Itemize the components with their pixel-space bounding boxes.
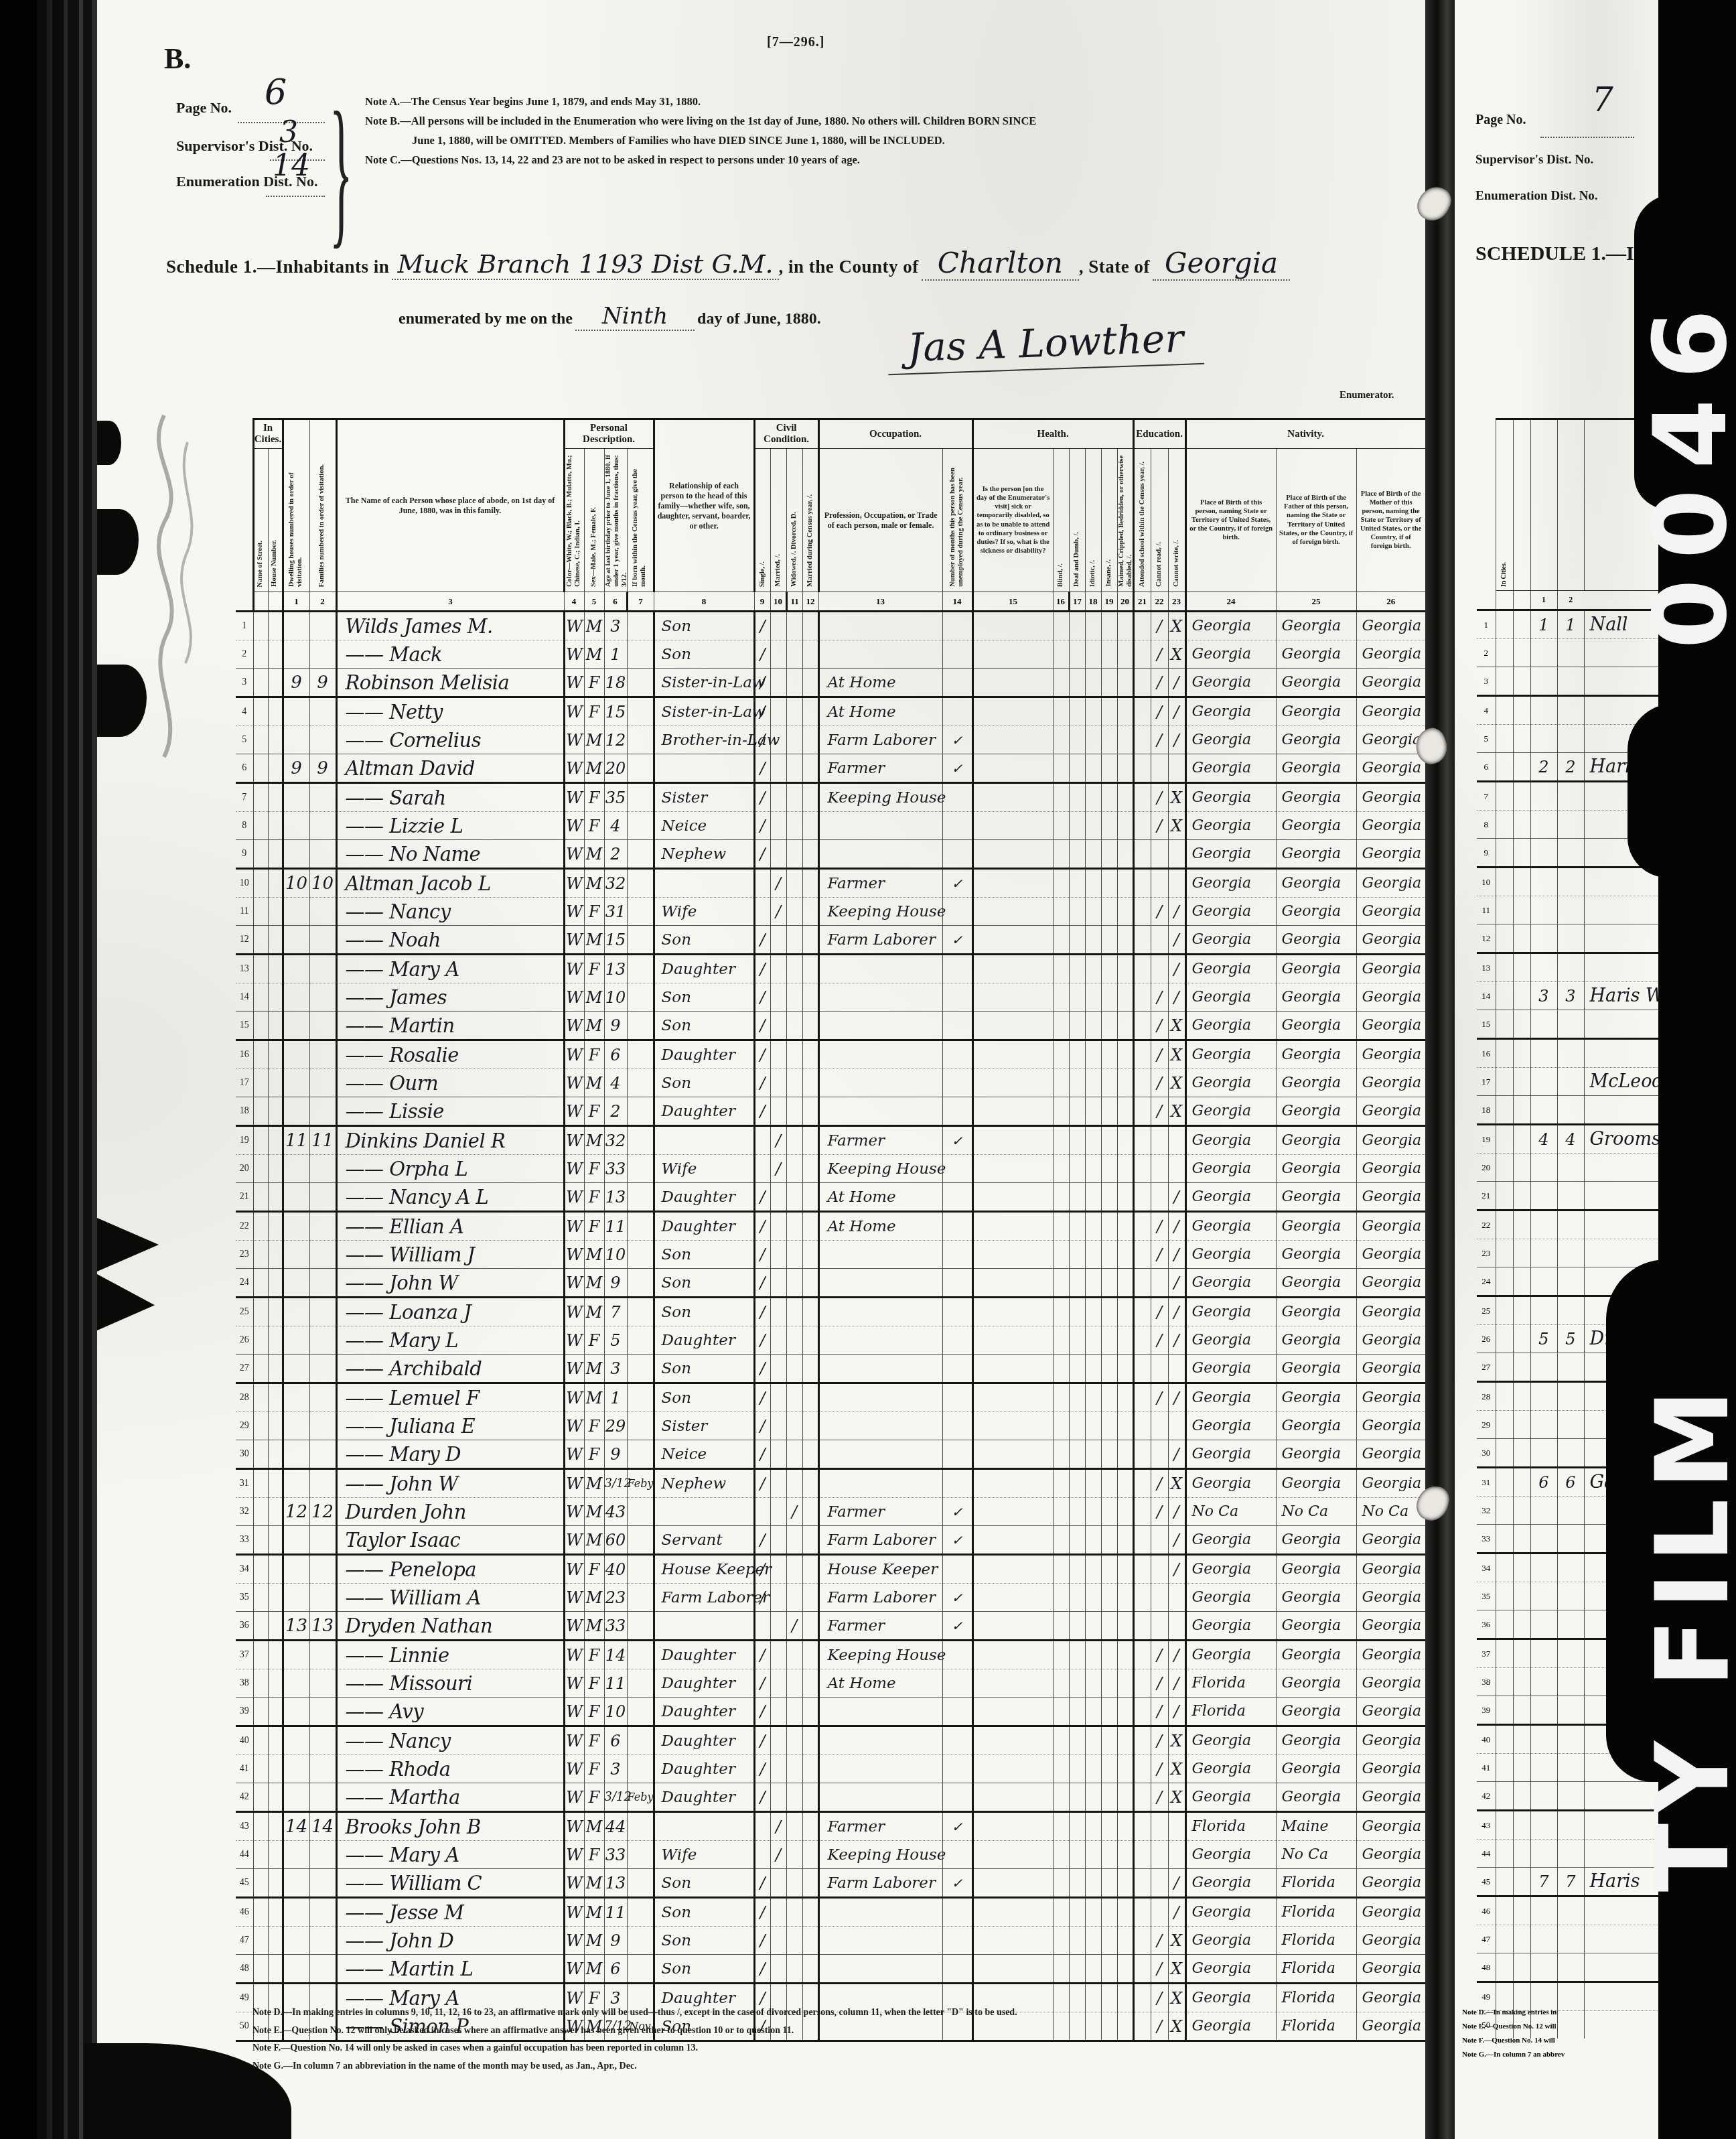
cell-m10: [770, 612, 786, 640]
cell-in19: [1101, 726, 1117, 754]
cell-pob: Georgia: [1185, 869, 1276, 898]
cell-mm20: [1117, 1383, 1133, 1412]
cell-name: —— William J: [336, 1241, 564, 1269]
cell-c: W: [564, 1326, 584, 1355]
rp-footnotes: Note D.—In making entries in Note E.—Que…: [1462, 2006, 1565, 2062]
rp-cell: [1496, 667, 1513, 696]
rp-row: 3: [1477, 667, 1658, 696]
col22-header: Cannot read, /.: [1151, 449, 1168, 592]
cell-mon: [627, 640, 654, 669]
cell-w11: [786, 754, 802, 783]
cell-sick: [972, 840, 1053, 869]
cell-dw: [283, 1726, 309, 1755]
rp-cell: [1513, 1925, 1530, 1953]
cell-w23: /: [1168, 1669, 1185, 1698]
cell-rel: Farm Laborer: [654, 1584, 754, 1612]
cell-fm: [309, 1412, 336, 1440]
state-value: Georgia: [1153, 247, 1290, 281]
cell-i18: [1085, 697, 1101, 726]
cell-i18: [1085, 1812, 1101, 1841]
column-number: 21: [1133, 592, 1151, 612]
cell-w11: [786, 1212, 802, 1241]
cell-m10: [770, 1783, 786, 1812]
cell-s9: /: [754, 1755, 770, 1783]
cell-mm20: [1117, 1812, 1133, 1841]
cell-b16: [1053, 812, 1069, 840]
cell-r22: [1151, 840, 1168, 869]
cell-u14: ✓: [942, 1126, 972, 1155]
cell-rel: Son: [654, 640, 754, 669]
cell-r22: [1151, 926, 1168, 955]
cell-sick: [972, 726, 1053, 754]
cell-sick: [972, 1183, 1053, 1212]
cell-sick: [972, 1869, 1053, 1898]
cell-u14: [942, 1898, 972, 1927]
census-row: 20—— Orpha LWF33Wife/Keeping HouseGeorgi…: [236, 1155, 1426, 1183]
rp-cell: [1496, 982, 1513, 1010]
cell-i18: [1085, 1412, 1101, 1440]
column-number: 11: [786, 592, 802, 612]
rp-cell: [1513, 1896, 1530, 1925]
cell-y12: [802, 840, 818, 869]
film-edge-text: TY FILM: [1635, 1267, 1736, 2004]
cell-dw: [283, 1440, 309, 1469]
cell-st: [253, 1498, 268, 1526]
cell-dw: [283, 955, 309, 983]
cell-i18: [1085, 1326, 1101, 1355]
cell-u14: ✓: [942, 1612, 972, 1641]
cell-u14: [942, 640, 972, 669]
cell-name: —— Archibald: [336, 1355, 564, 1383]
cell-mon: [627, 926, 654, 955]
cell-fa: Georgia: [1276, 783, 1356, 812]
cell-mo: Georgia: [1356, 1069, 1426, 1097]
cell-w23: /: [1168, 955, 1185, 983]
cell-name: Robinson Melisia: [336, 669, 564, 697]
cell-i18: [1085, 1955, 1101, 1984]
cell-s9: /: [754, 1526, 770, 1555]
cell-occ: At Home: [818, 1183, 942, 1212]
cell-d17: [1069, 1584, 1085, 1612]
rp-cell: [1513, 1668, 1530, 1696]
cell-fm: 12: [309, 1498, 336, 1526]
cell-sx: F: [584, 697, 604, 726]
cell-mo: Georgia: [1356, 1898, 1426, 1927]
census-row: 4—— NettyWF15Sister-in-Law/At Home//Geor…: [236, 697, 1426, 726]
cell-dw: [283, 1783, 309, 1812]
cell-i18: [1085, 1726, 1101, 1755]
cell-mo: Georgia: [1356, 983, 1426, 1012]
cell-mo: Georgia: [1356, 1155, 1426, 1183]
rp-cell: [1496, 811, 1513, 839]
cell-mm20: [1117, 926, 1133, 955]
note-d: Note D.—In making entries in columns 9, …: [252, 2004, 1458, 2022]
cell-dw: [283, 1383, 309, 1412]
cell-m10: [770, 1040, 786, 1069]
cell-a: 3/12: [604, 1469, 627, 1498]
cell-r22: [1151, 1155, 1168, 1183]
cell-u14: [942, 1698, 972, 1726]
rp-cell: [1513, 1725, 1530, 1754]
cell-hn: [268, 1869, 283, 1898]
cell-sick: [972, 612, 1053, 640]
column-number: 25: [1276, 592, 1356, 612]
cell-in19: [1101, 869, 1117, 898]
rp-cell: [1496, 868, 1513, 896]
cell-sch21: [1133, 1183, 1151, 1212]
rp-cell: [1513, 1296, 1530, 1325]
cell-sch21: [1133, 1526, 1151, 1555]
cell-i18: [1085, 1841, 1101, 1869]
rp-cell: [1496, 1325, 1513, 1353]
cell-st: [253, 1469, 268, 1498]
cell-c: W: [564, 1155, 584, 1183]
cell-mo: Georgia: [1356, 1526, 1426, 1555]
cell-sick: [972, 898, 1053, 926]
cell-d17: [1069, 726, 1085, 754]
census-row: 47—— John DWM9Son//XGeorgiaFloridaGeorgi…: [236, 1927, 1426, 1955]
cell-rel: Neice: [654, 812, 754, 840]
cell-w23: /: [1168, 1641, 1185, 1669]
cell-s9: /: [754, 1212, 770, 1241]
col20-header: Maimed, Crippled, Bedridden, or otherwis…: [1117, 449, 1133, 592]
cell-w11: [786, 1955, 802, 1984]
cell-sick: [972, 1612, 1053, 1641]
line-number: 37: [236, 1641, 253, 1669]
rp-cell: 23: [1477, 1239, 1496, 1267]
cell-sx: F: [584, 1755, 604, 1783]
cell-u14: [942, 1155, 972, 1183]
note-g: Note G.—In column 7 an abbreviation in t…: [252, 2058, 1458, 2076]
cell-occ: Farm Laborer: [818, 1869, 942, 1898]
cell-sx: M: [584, 640, 604, 669]
cell-st: [253, 669, 268, 697]
cell-name: —— Mary A: [336, 955, 564, 983]
rp-cell: 32: [1477, 1497, 1496, 1525]
cell-hn: [268, 898, 283, 926]
cell-i18: [1085, 1698, 1101, 1726]
line-number: 28: [236, 1383, 253, 1412]
rp-cell: [1530, 1896, 1557, 1925]
cell-s9: /: [754, 1412, 770, 1440]
rp-cell: 17: [1477, 1068, 1496, 1096]
cell-fm: [309, 926, 336, 955]
cell-sick: [972, 1669, 1053, 1698]
cell-w23: X: [1168, 1783, 1185, 1812]
cell-d17: [1069, 1955, 1085, 1984]
rp-cell: [1557, 1754, 1584, 1782]
rp-cell: [1496, 924, 1513, 953]
cell-hn: [268, 1498, 283, 1526]
cell-y12: [802, 1726, 818, 1755]
cell-m10: [770, 1241, 786, 1269]
cell-sch21: [1133, 726, 1151, 754]
cell-u14: [942, 812, 972, 840]
cell-b16: [1053, 1641, 1069, 1669]
column-number: 18: [1085, 592, 1101, 612]
cell-pob: Georgia: [1185, 1641, 1276, 1669]
cell-in19: [1101, 1440, 1117, 1469]
cell-hn: [268, 612, 283, 640]
cell-fm: 11: [309, 1126, 336, 1155]
line-number: 34: [236, 1555, 253, 1584]
film-frame-code: 0046: [1633, 167, 1736, 770]
cell-fm: [309, 1155, 336, 1183]
cell-b16: [1053, 926, 1069, 955]
rp-row: 43: [1477, 1811, 1658, 1840]
cell-fa: Georgia: [1276, 612, 1356, 640]
cell-fa: Georgia: [1276, 1269, 1356, 1298]
cell-sick: [972, 1097, 1053, 1126]
cell-w23: /: [1168, 1869, 1185, 1898]
cell-hn: [268, 1955, 283, 1984]
cell-a: 43: [604, 1498, 627, 1526]
cell-s9: /: [754, 926, 770, 955]
cell-mo: Georgia: [1356, 1241, 1426, 1269]
cell-a: 40: [604, 1555, 627, 1584]
cell-st: [253, 926, 268, 955]
cell-m10: /: [770, 869, 786, 898]
cell-c: W: [564, 1097, 584, 1126]
cell-dw: 10: [283, 869, 309, 898]
cell-occ: Farmer: [818, 1812, 942, 1841]
cell-i18: [1085, 1097, 1101, 1126]
cell-b16: [1053, 1069, 1069, 1097]
census-row: 29—— Juliana EWF29Sister/GeorgiaGeorgiaG…: [236, 1412, 1426, 1440]
line-number: 43: [236, 1812, 253, 1841]
cell-r22: [1151, 1440, 1168, 1469]
cell-dw: [283, 1584, 309, 1612]
cell-sx: M: [584, 1898, 604, 1927]
cell-a: 31: [604, 898, 627, 926]
rp-cell: [1496, 1925, 1513, 1953]
cell-sx: F: [584, 1440, 604, 1469]
rp-cell: [1513, 1439, 1530, 1468]
cell-sch21: [1133, 1812, 1151, 1841]
cell-fa: Georgia: [1276, 840, 1356, 869]
cell-sick: [972, 1555, 1053, 1584]
cell-y12: [802, 1898, 818, 1927]
cell-y12: [802, 669, 818, 697]
cell-rel: Daughter: [654, 1669, 754, 1698]
cell-in19: [1101, 1355, 1117, 1383]
rp-cell: [1513, 1010, 1530, 1039]
cell-hn: [268, 983, 283, 1012]
cell-dw: [283, 1183, 309, 1212]
cell-mm20: [1117, 812, 1133, 840]
cell-mm20: [1117, 898, 1133, 926]
column-number-row: 1234567891011121314151617181920212223242…: [236, 592, 1426, 612]
rp-row: 17McLeod: [1477, 1068, 1658, 1096]
cell-fa: Georgia: [1276, 1069, 1356, 1097]
cell-fa: Georgia: [1276, 812, 1356, 840]
cell-rel: [654, 1612, 754, 1641]
rp-cell: 33: [1477, 1525, 1496, 1554]
cell-st: [253, 640, 268, 669]
enumerated-day: Ninth: [575, 303, 695, 331]
cell-sx: F: [584, 1698, 604, 1726]
cell-fa: Georgia: [1276, 1355, 1356, 1383]
cell-b16: [1053, 1383, 1069, 1412]
rp-cell: 22: [1477, 1211, 1496, 1239]
cell-st: [253, 1812, 268, 1841]
cell-hn: [268, 1212, 283, 1241]
cell-w11: [786, 669, 802, 697]
rp-cell: [1530, 1525, 1557, 1554]
group-health: Health.: [972, 419, 1133, 449]
rp-cell: [1530, 811, 1557, 839]
enumeration-line: [266, 196, 325, 197]
cell-c: W: [564, 812, 584, 840]
cell-pob: Georgia: [1185, 1783, 1276, 1812]
cell-fm: [309, 1040, 336, 1069]
cell-w11: /: [786, 1498, 802, 1526]
cell-sch21: [1133, 1097, 1151, 1126]
rp-schedule-title: SCHEDULE 1.—Inhab: [1475, 243, 1658, 265]
cell-sch21: [1133, 983, 1151, 1012]
cell-sick: [972, 1812, 1053, 1841]
cell-mm20: [1117, 1783, 1133, 1812]
cell-pob: Georgia: [1185, 1440, 1276, 1469]
cell-fa: Georgia: [1276, 1526, 1356, 1555]
cell-dw: [283, 1469, 309, 1498]
cell-rel: Son: [654, 1898, 754, 1927]
cell-d17: [1069, 640, 1085, 669]
cell-mo: Georgia: [1356, 1812, 1426, 1841]
cell-hn: [268, 726, 283, 754]
rp-cell: [1557, 1925, 1584, 1953]
place-value: Muck Branch 1193 Dist G.M.: [392, 249, 778, 280]
cell-u14: [942, 612, 972, 640]
rp-cell: [1513, 1353, 1530, 1382]
cell-mo: Georgia: [1356, 783, 1426, 812]
col17-header: Deaf and Dumb, /.: [1069, 449, 1085, 592]
cell-d17: [1069, 1355, 1085, 1383]
cell-mm20: [1117, 1927, 1133, 1955]
cell-fa: Georgia: [1276, 1469, 1356, 1498]
cell-sick: [972, 1326, 1053, 1355]
cell-w23: /: [1168, 1383, 1185, 1412]
cell-sx: M: [584, 1955, 604, 1984]
cell-b16: [1053, 1298, 1069, 1326]
rp-cell: [1530, 839, 1557, 868]
cell-r22: /: [1151, 898, 1168, 926]
cell-w23: /: [1168, 1440, 1185, 1469]
cell-mon: [627, 840, 654, 869]
cell-pob: Georgia: [1185, 783, 1276, 812]
cell-w11: [786, 1469, 802, 1498]
cell-dw: [283, 1526, 309, 1555]
census-row: 46—— Jesse MWM11Son//GeorgiaFloridaGeorg…: [236, 1898, 1426, 1927]
cell-w23: [1168, 1126, 1185, 1155]
cell-m10: [770, 1183, 786, 1212]
cell-fa: Georgia: [1276, 669, 1356, 697]
cell-st: [253, 1698, 268, 1726]
cell-d17: [1069, 1526, 1085, 1555]
cell-dw: [283, 1412, 309, 1440]
cell-in19: [1101, 1326, 1117, 1355]
cell-w23: X: [1168, 640, 1185, 669]
rp-cell: [1496, 1811, 1513, 1840]
cell-sick: [972, 1841, 1053, 1869]
rp-cell: [1584, 1182, 1658, 1211]
cell-s9: /: [754, 1669, 770, 1698]
cell-sick: [972, 1298, 1053, 1326]
cell-r22: [1151, 1898, 1168, 1927]
rp-row: 48: [1477, 1953, 1658, 1982]
cell-fa: Georgia: [1276, 1669, 1356, 1698]
cell-in19: [1101, 1469, 1117, 1498]
cell-mm20: [1117, 1841, 1133, 1869]
cell-mm20: [1117, 697, 1133, 726]
cell-hn: [268, 869, 283, 898]
cell-in19: [1101, 1126, 1117, 1155]
cell-fm: 14: [309, 1812, 336, 1841]
cell-sch21: [1133, 1040, 1151, 1069]
census-row: 33Taylor IsaacWM60Servant/Farm Laborer✓/…: [236, 1526, 1426, 1555]
cell-m10: [770, 640, 786, 669]
rp-cell: [1530, 868, 1557, 896]
cell-u14: [942, 1326, 972, 1355]
cell-mo: Georgia: [1356, 754, 1426, 783]
col9-header: Single, /.: [754, 449, 770, 592]
cell-name: —— Mary A: [336, 1841, 564, 1869]
cell-r22: /: [1151, 640, 1168, 669]
column-number: 8: [654, 592, 754, 612]
rp-cell: 4: [1557, 1125, 1584, 1154]
cell-w23: /: [1168, 1698, 1185, 1726]
rp-row: 47: [1477, 1925, 1658, 1953]
cell-occ: [818, 1783, 942, 1812]
rp-row: 1433Haris Will: [1477, 982, 1658, 1010]
cell-c: W: [564, 726, 584, 754]
cell-b16: [1053, 1869, 1069, 1898]
cell-rel: Brother-in-Law: [654, 726, 754, 754]
cell-r22: [1151, 1269, 1168, 1298]
note-e: Note E.—Question No. 12 will only be ask…: [252, 2022, 1458, 2041]
cell-rel: House Keeper: [654, 1555, 754, 1584]
cell-d17: [1069, 612, 1085, 640]
footnotes: Note D.—In making entries in columns 9, …: [252, 2004, 1458, 2075]
rp-cell: [1496, 1411, 1513, 1439]
cell-st: [253, 1212, 268, 1241]
cell-w11: /: [786, 1612, 802, 1641]
cell-name: —— Lissie: [336, 1097, 564, 1126]
rp-cell: [1513, 1953, 1530, 1982]
cell-name: —— Penelopa: [336, 1555, 564, 1584]
cell-name: —— Mary L: [336, 1326, 564, 1355]
cell-occ: [818, 1241, 942, 1269]
cell-mo: Georgia: [1356, 1012, 1426, 1040]
cell-st: [253, 1898, 268, 1927]
cell-occ: [818, 840, 942, 869]
cell-dw: [283, 726, 309, 754]
cell-occ: [818, 955, 942, 983]
rp-cell: [1496, 1010, 1513, 1039]
cell-st: [253, 1927, 268, 1955]
cell-pob: Georgia: [1185, 726, 1276, 754]
cell-s9: /: [754, 1898, 770, 1927]
cell-mon: [627, 612, 654, 640]
cell-u14: [942, 1755, 972, 1783]
cell-r22: /: [1151, 669, 1168, 697]
cell-s9: [754, 1155, 770, 1183]
cell-a: 15: [604, 926, 627, 955]
column-number: 23: [1168, 592, 1185, 612]
cell-mon: [627, 1898, 654, 1927]
cell-mm20: [1117, 869, 1133, 898]
rp-cell: 3: [1557, 982, 1584, 1010]
